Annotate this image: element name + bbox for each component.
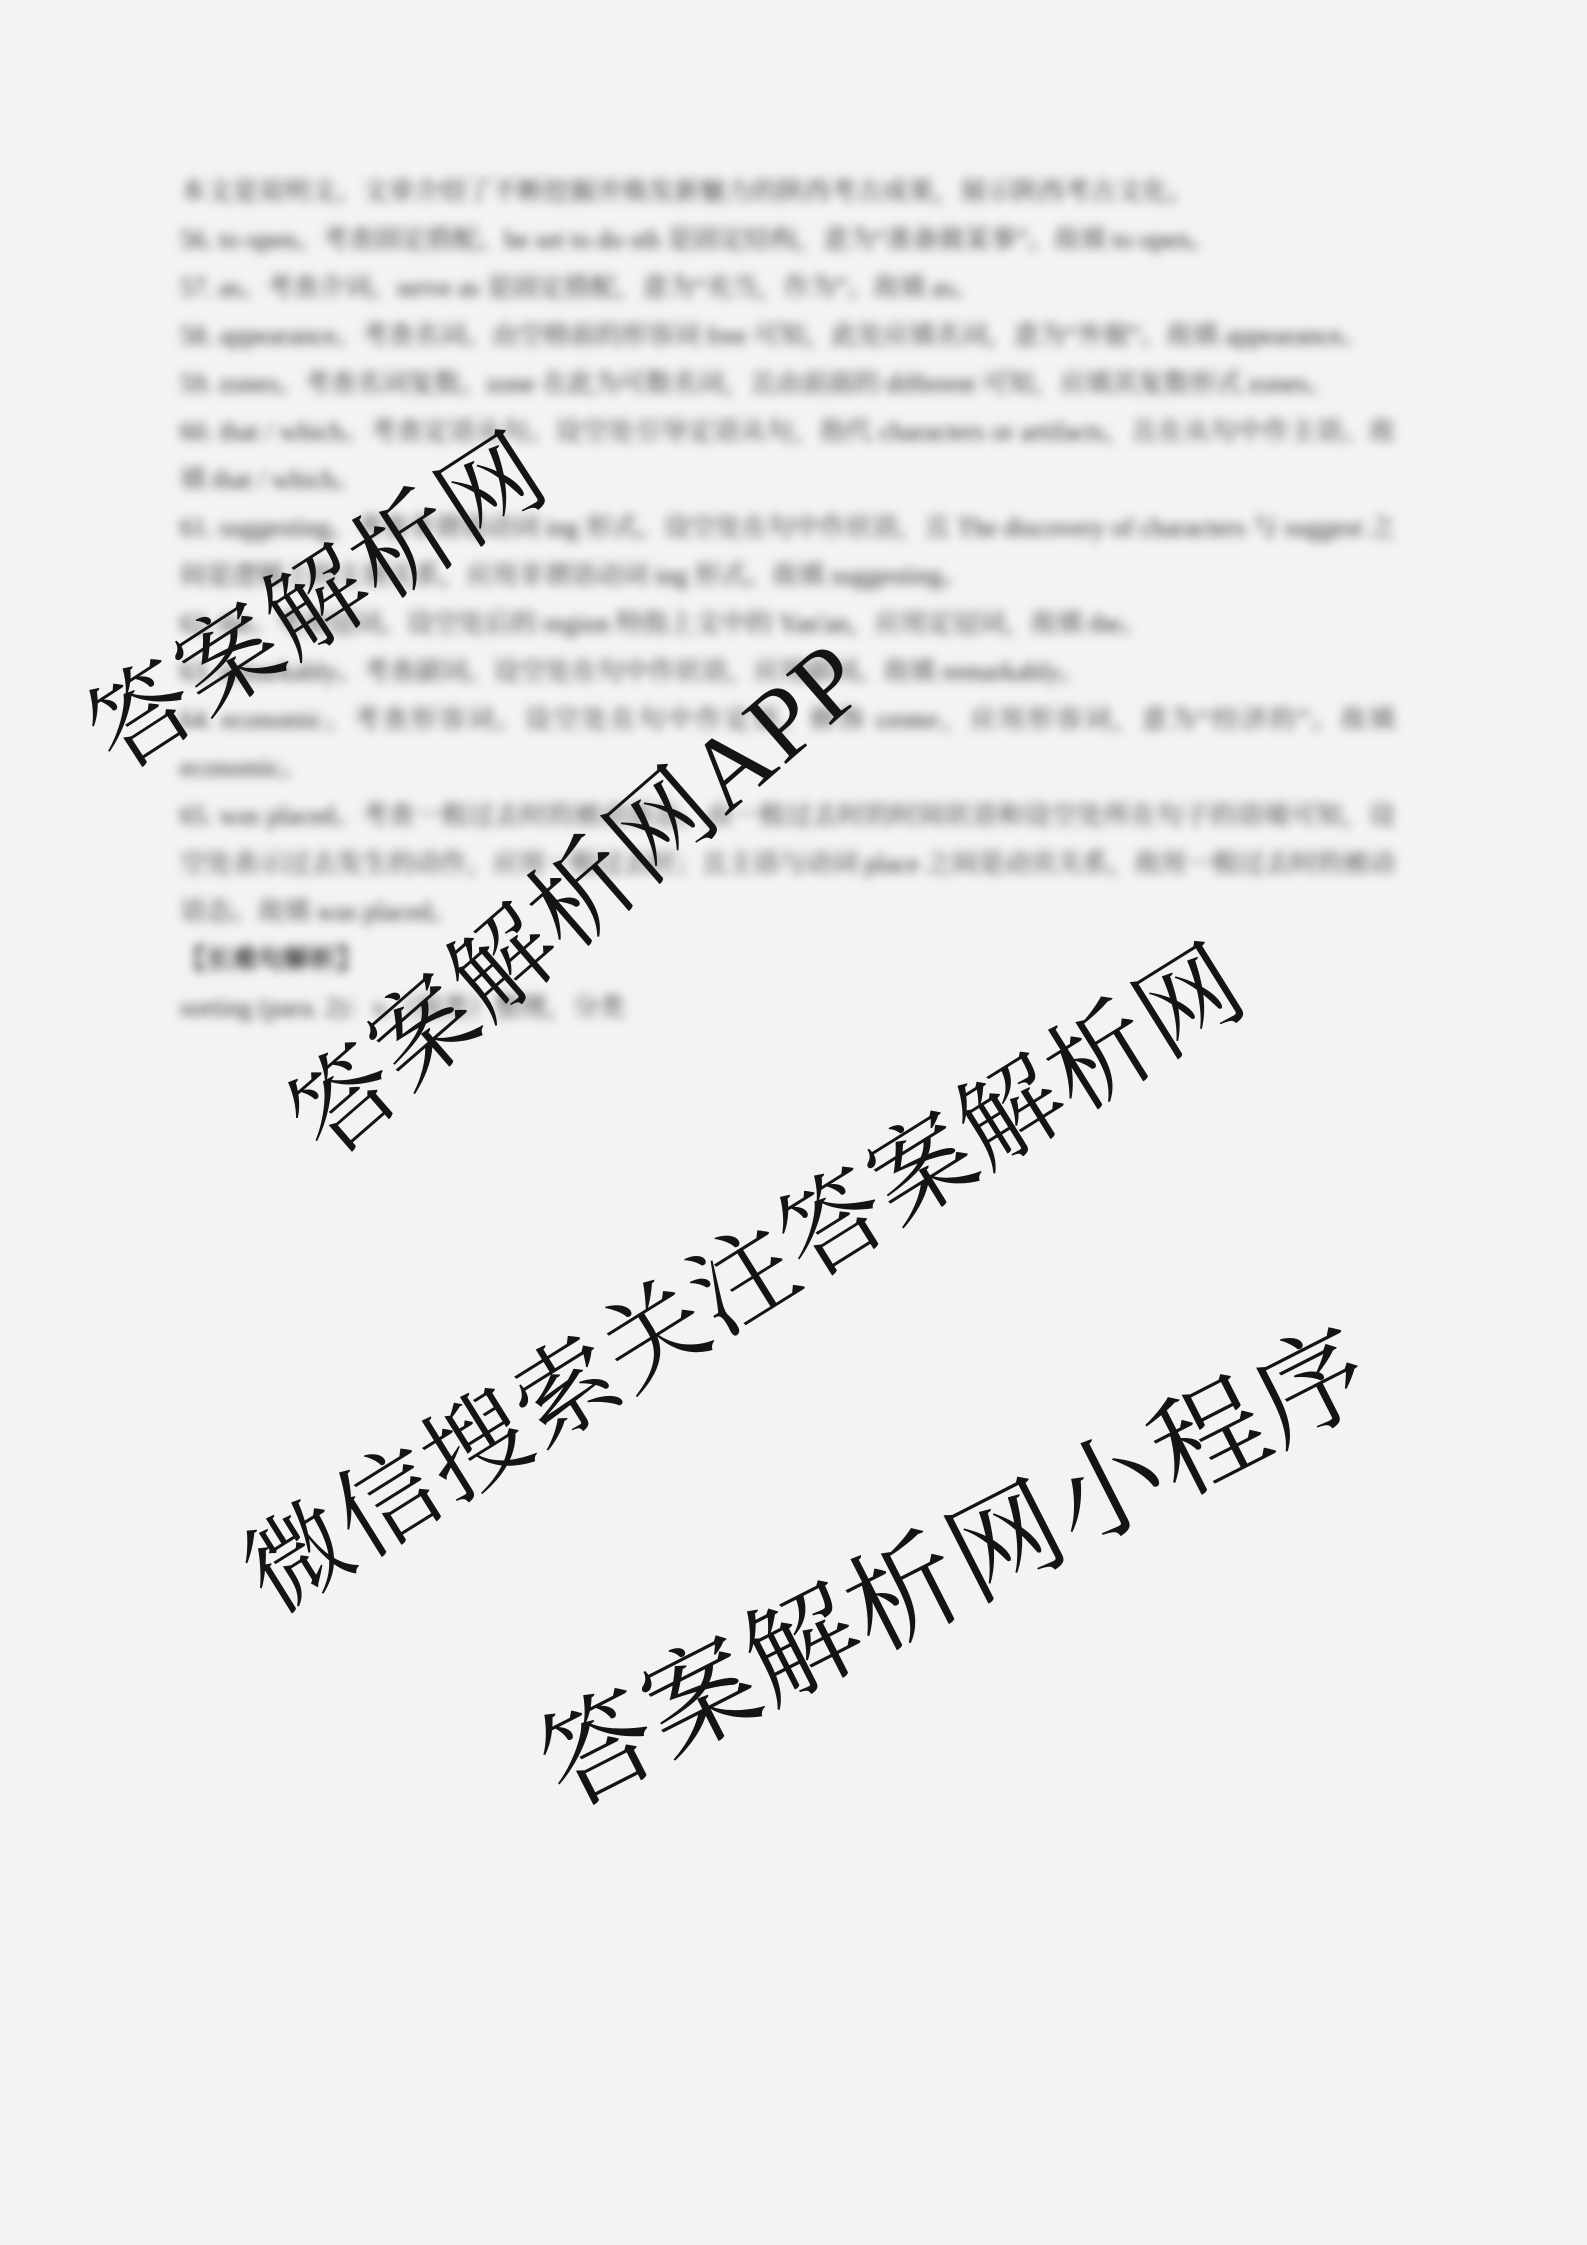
answer-item-61: 61. suggesting。考查非谓语动词 ing 形式。设空处在句中作状语，… <box>180 504 1395 600</box>
answer-item-62: 62. the。考查冠词。设空处后的 region 特指上文中的 Yan'an，… <box>180 600 1395 648</box>
answer-item-58: 58. appearance。考查名词。由空格前的形容词 free 可知，此处应… <box>180 312 1395 360</box>
answer-item-59: 59. zones。考查名词复数。zone 在此为可数名词，且由前面的 diff… <box>180 360 1395 408</box>
answer-item-65: 65. was placed。考查一般过去时的被动语态。由一般过去时的时间状语和… <box>180 792 1395 936</box>
document-page: 本文是说明文。文章介绍了不断挖掘并焕发新魅力的陕西考古成果，展示陕西考古文化。 … <box>0 0 1587 2245</box>
answer-item-64: 64. economic。考查形容词。设空处在句中作定语，修饰 center，应… <box>180 696 1395 792</box>
answer-item-57: 57. as。考查介词。serve as 是固定搭配，意为“充当，作为”。故填 … <box>180 264 1395 312</box>
answer-item-60: 60. that / which。考查定语从句。设空处引导定语从句，指代 cha… <box>180 408 1395 504</box>
answer-item-63: 63. remarkably。考查副词。设空处在句中作状语，应用副词。故填 re… <box>180 648 1395 696</box>
section-header-long-sentence-analysis: 【长难句解析】 <box>180 936 1395 984</box>
answer-explanations: 本文是说明文。文章介绍了不断挖掘并焕发新魅力的陕西考古成果，展示陕西考古文化。 … <box>180 168 1395 1032</box>
intro-line: 本文是说明文。文章介绍了不断挖掘并焕发新魅力的陕西考古成果，展示陕西考古文化。 <box>180 168 1395 216</box>
vocab-note-sorting: sorting (para. 2)：v.（按类）整理，分类 <box>180 984 1395 1032</box>
answer-item-56: 56. to open。考查固定搭配。be set to do sth 是固定结… <box>180 216 1395 264</box>
watermark-daanjiexiwang-miniapp: 答案解析网小程序 <box>508 1280 1395 1838</box>
